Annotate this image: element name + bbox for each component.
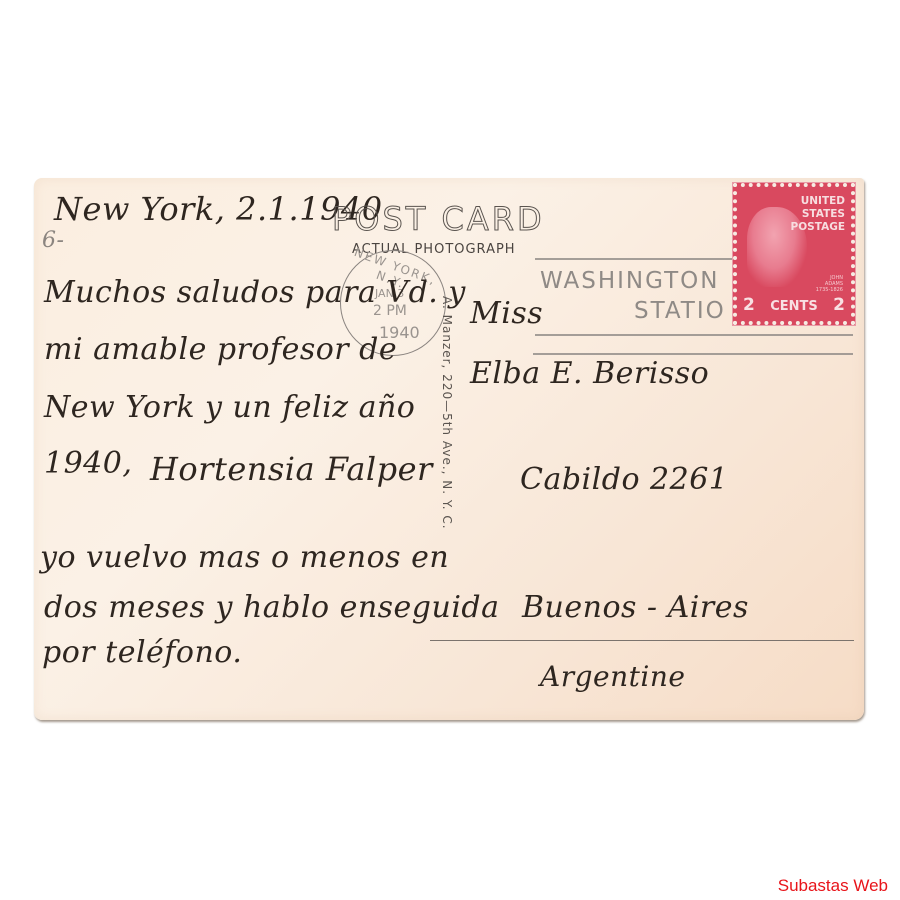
message-line: mi amable profesor de <box>44 332 397 367</box>
stamp-country-line: UNITED <box>791 195 845 208</box>
stamp-value-label: CENTS <box>770 299 818 314</box>
cancel-line <box>535 258 735 260</box>
address-street: Cabildo 2261 <box>520 462 728 497</box>
message-line: yo vuelvo mas o menos en <box>40 540 449 575</box>
cancel-text-2: STATIO <box>634 298 726 324</box>
pencil-note: 6- <box>42 228 64 253</box>
postcard-header: POST CARD <box>332 200 545 238</box>
address-salutation: Miss <box>470 296 543 331</box>
cancel-line <box>533 353 853 355</box>
address-name: Elba E. Berisso <box>470 356 709 391</box>
cancel-text-1: WASHINGTON <box>540 268 719 294</box>
signature: Hortensia Falper <box>150 450 433 488</box>
address-city: Buenos - Aires <box>522 590 749 625</box>
stamp-country: UNITED STATES POSTAGE <box>791 195 845 234</box>
watermark: Subastas Web <box>778 876 888 896</box>
address-country: Argentine <box>540 660 685 693</box>
cancel-line <box>535 334 853 336</box>
stamp-value-right: 2 <box>833 295 845 315</box>
stamp-country-line: STATES <box>791 208 845 221</box>
stamp-denomination: 2 CENTS 2 <box>743 295 845 315</box>
message-line: dos meses y hablo enseguida <box>44 590 500 625</box>
stamp-value-left: 2 <box>743 295 755 315</box>
stamp-name-line: 1735-1826 <box>816 287 843 293</box>
message-line: 1940, <box>44 446 132 481</box>
address-underline <box>430 640 854 641</box>
publisher-imprint: A. Manzer, 220—5th Ave., N. Y. C. <box>440 296 454 530</box>
message-line: por teléfono. <box>42 635 242 670</box>
stamp-country-line: POSTAGE <box>791 221 845 234</box>
message-line: New York y un feliz año <box>44 390 415 425</box>
postage-stamp: UNITED STATES POSTAGE JOHN ADAMS 1735-18… <box>733 183 855 325</box>
message-line: Muchos saludos para Vd. y <box>44 275 466 310</box>
stamp-portrait-name: JOHN ADAMS 1735-1826 <box>816 275 843 293</box>
